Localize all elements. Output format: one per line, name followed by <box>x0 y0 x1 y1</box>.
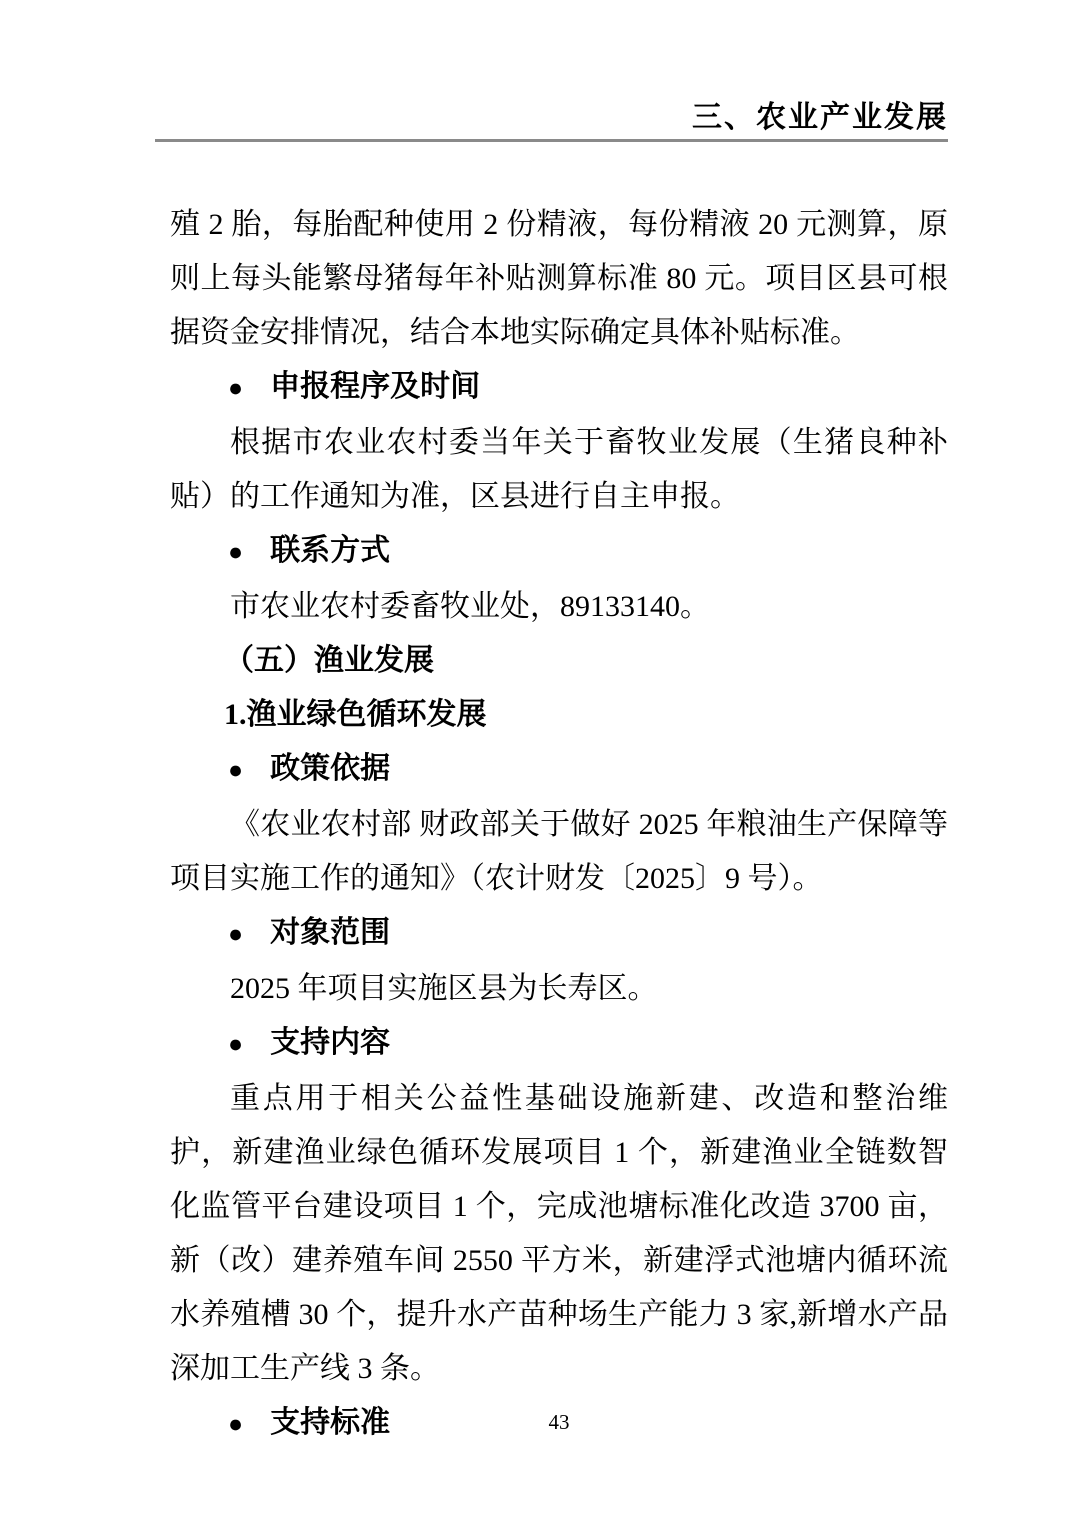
page-number: 43 <box>170 1410 948 1435</box>
bullet-heading: ●申报程序及时间 <box>170 360 948 416</box>
bullet-icon: ● <box>228 908 243 962</box>
header-rule <box>155 139 948 142</box>
body-paragraph: 《农业农村部 财政部关于做好 2025 年粮油生产保障等项目实施工作的通知》（农… <box>170 798 948 906</box>
bullet-heading-label: 申报程序及时间 <box>270 360 480 414</box>
bullet-heading: ●支持内容 <box>170 1016 948 1072</box>
document-content: 殖 2 胎，每胎配种使用 2 份精液，每份精液 20 元测算，原则上每头能繁母猪… <box>170 198 948 1452</box>
bullet-icon: ● <box>228 526 243 580</box>
bullet-heading-label: 政策依据 <box>270 742 390 796</box>
document-page: 三、农业产业发展 殖 2 胎，每胎配种使用 2 份精液，每份精液 20 元测算，… <box>0 0 1074 1520</box>
bullet-icon: ● <box>228 362 243 416</box>
bullet-heading-label: 支持内容 <box>270 1016 390 1070</box>
page-header-title: 三、农业产业发展 <box>155 92 948 136</box>
bullet-icon: ● <box>228 744 243 798</box>
section-heading: （五）渔业发展 <box>170 634 948 688</box>
bullet-heading: ●对象范围 <box>170 906 948 962</box>
bullet-heading: ●政策依据 <box>170 742 948 798</box>
body-paragraph: 2025 年项目实施区县为长寿区。 <box>170 962 948 1016</box>
body-paragraph: 市农业农村委畜牧业处，89133140。 <box>170 580 948 634</box>
body-paragraph: 重点用于相关公益性基础设施新建、改造和整治维护，新建渔业绿色循环发展项目 1 个… <box>170 1072 948 1396</box>
sub-heading: 1.渔业绿色循环发展 <box>170 688 948 742</box>
bullet-heading-label: 对象范围 <box>270 906 390 960</box>
body-paragraph: 殖 2 胎，每胎配种使用 2 份精液，每份精液 20 元测算，原则上每头能繁母猪… <box>170 198 948 360</box>
bullet-heading: ●联系方式 <box>170 524 948 580</box>
bullet-icon: ● <box>228 1018 243 1072</box>
bullet-heading-label: 联系方式 <box>270 524 390 578</box>
body-paragraph: 根据市农业农村委当年关于畜牧业发展（生猪良种补贴）的工作通知为准，区县进行自主申… <box>170 416 948 524</box>
